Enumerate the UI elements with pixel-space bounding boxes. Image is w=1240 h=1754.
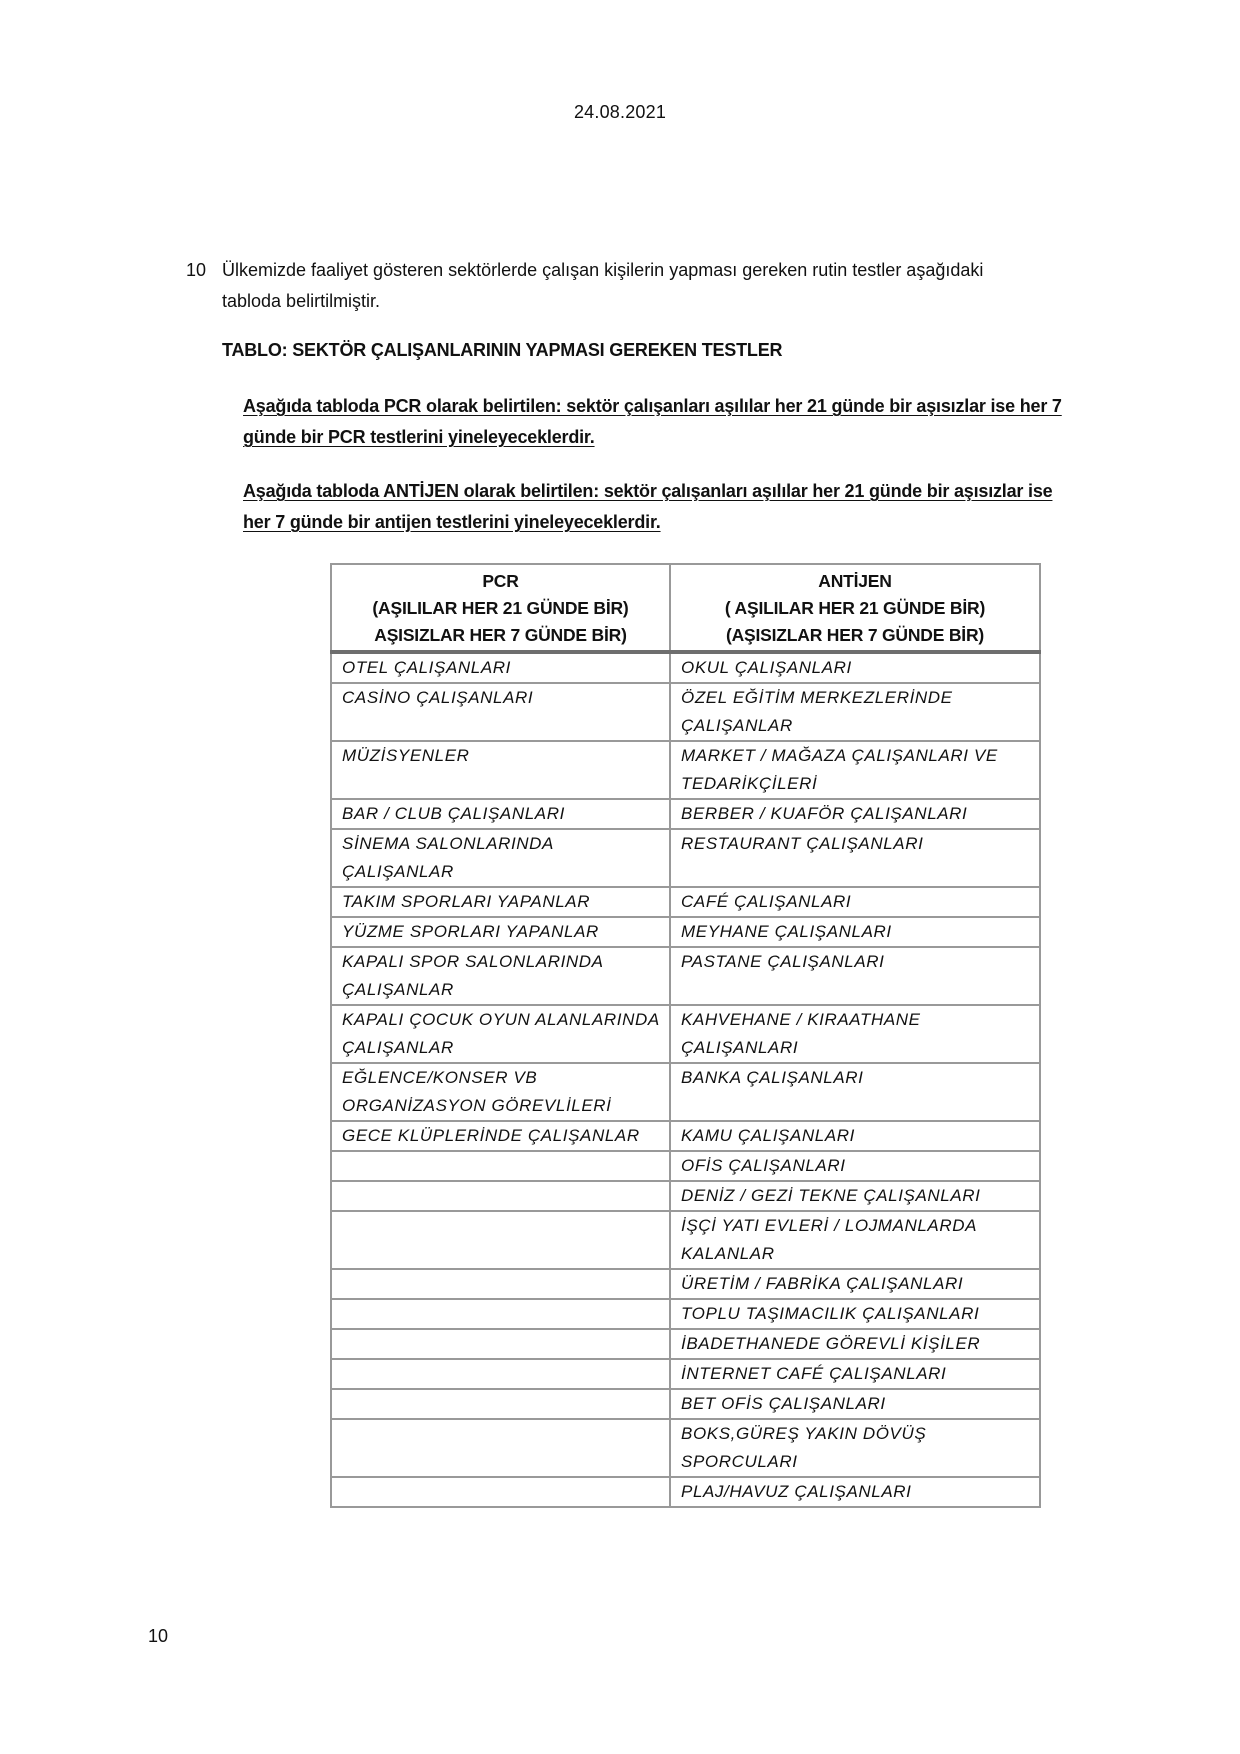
antigen-sector-cell: BET OFİS ÇALIŞANLARI (670, 1389, 1040, 1419)
table-row: EĞLENCE/KONSER VB ORGANİZASYON GÖREVLİLE… (331, 1063, 1040, 1121)
pcr-sector-cell (331, 1299, 670, 1329)
pcr-sector-cell: YÜZME SPORLARI YAPANLAR (331, 917, 670, 947)
antigen-sector-cell: OKUL ÇALIŞANLARI (670, 652, 1040, 683)
antigen-sector-cell: ÜRETİM / FABRİKA ÇALIŞANLARI (670, 1269, 1040, 1299)
antigen-sector-cell: CAFÉ ÇALIŞANLARI (670, 887, 1040, 917)
table-row: OTEL ÇALIŞANLARIOKUL ÇALIŞANLARI (331, 652, 1040, 683)
antigen-sector-cell: İNTERNET CAFÉ ÇALIŞANLARI (670, 1359, 1040, 1389)
document-date: 24.08.2021 (0, 102, 1240, 123)
antigen-sector-cell: PASTANE ÇALIŞANLARI (670, 947, 1040, 1005)
table-row: İŞÇİ YATI EVLERİ / LOJMANLARDA KALANLAR (331, 1211, 1040, 1269)
header-pcr-unvaccinated: AŞISIZLAR HER 7 GÜNDE BİR) (336, 622, 665, 649)
pcr-sector-cell (331, 1269, 670, 1299)
header-pcr: PCR (AŞILILAR HER 21 GÜNDE BİR) AŞISIZLA… (331, 564, 670, 652)
pcr-sector-cell (331, 1419, 670, 1477)
page-number: 10 (148, 1626, 168, 1647)
table-row: İNTERNET CAFÉ ÇALIŞANLARI (331, 1359, 1040, 1389)
pcr-sector-cell: SİNEMA SALONLARINDA ÇALIŞANLAR (331, 829, 670, 887)
table-row: GECE KLÜPLERİNDE ÇALIŞANLARKAMU ÇALIŞANL… (331, 1121, 1040, 1151)
pcr-note: Aşağıda tabloda PCR olarak belirtilen: s… (243, 391, 1083, 453)
table-row: SİNEMA SALONLARINDA ÇALIŞANLARRESTAURANT… (331, 829, 1040, 887)
table-row: KAPALI ÇOCUK OYUN ALANLARINDA ÇALIŞANLAR… (331, 1005, 1040, 1063)
pcr-sector-cell: BAR / CLUB ÇALIŞANLARI (331, 799, 670, 829)
table-row: İBADETHANEDE GÖREVLİ KİŞİLER (331, 1329, 1040, 1359)
antigen-sector-cell: İŞÇİ YATI EVLERİ / LOJMANLARDA KALANLAR (670, 1211, 1040, 1269)
antigen-sector-cell: PLAJ/HAVUZ ÇALIŞANLARI (670, 1477, 1040, 1507)
antigen-sector-cell: BANKA ÇALIŞANLARI (670, 1063, 1040, 1121)
table-row: MÜZİSYENLERMARKET / MAĞAZA ÇALIŞANLARI V… (331, 741, 1040, 799)
table-row: ÜRETİM / FABRİKA ÇALIŞANLARI (331, 1269, 1040, 1299)
pcr-sector-cell: MÜZİSYENLER (331, 741, 670, 799)
antigen-sector-cell: İBADETHANEDE GÖREVLİ KİŞİLER (670, 1329, 1040, 1359)
pcr-sector-cell: EĞLENCE/KONSER VB ORGANİZASYON GÖREVLİLE… (331, 1063, 670, 1121)
antigen-sector-cell: BOKS,GÜREŞ YAKIN DÖVÜŞ SPORCULARI (670, 1419, 1040, 1477)
table-row: KAPALI SPOR SALONLARINDA ÇALIŞANLARPASTA… (331, 947, 1040, 1005)
intro-text: Ülkemizde faaliyet gösteren sektörlerde … (222, 255, 1046, 317)
pcr-sector-cell: CASİNO ÇALIŞANLARI (331, 683, 670, 741)
table-row: OFİS ÇALIŞANLARI (331, 1151, 1040, 1181)
pcr-sector-cell (331, 1181, 670, 1211)
header-antigen: ANTİJEN ( AŞILILAR HER 21 GÜNDE BİR) (AŞ… (670, 564, 1040, 652)
antigen-sector-cell: ÖZEL EĞİTİM MERKEZLERİNDE ÇALIŞANLAR (670, 683, 1040, 741)
header-pcr-vaccinated: (AŞILILAR HER 21 GÜNDE BİR) (336, 595, 665, 622)
pcr-sector-cell (331, 1211, 670, 1269)
antigen-sector-cell: KAHVEHANE / KIRAATHANE ÇALIŞANLARI (670, 1005, 1040, 1063)
table-row: YÜZME SPORLARI YAPANLARMEYHANE ÇALIŞANLA… (331, 917, 1040, 947)
antigen-sector-cell: MEYHANE ÇALIŞANLARI (670, 917, 1040, 947)
antigen-sector-cell: KAMU ÇALIŞANLARI (670, 1121, 1040, 1151)
pcr-sector-cell (331, 1151, 670, 1181)
antigen-sector-cell: OFİS ÇALIŞANLARI (670, 1151, 1040, 1181)
table-header-row: PCR (AŞILILAR HER 21 GÜNDE BİR) AŞISIZLA… (331, 564, 1040, 652)
antigen-sector-cell: RESTAURANT ÇALIŞANLARI (670, 829, 1040, 887)
header-antigen-vaccinated: ( AŞILILAR HER 21 GÜNDE BİR) (675, 595, 1035, 622)
table-row: BAR / CLUB ÇALIŞANLARIBERBER / KUAFÖR ÇA… (331, 799, 1040, 829)
antigen-sector-cell: MARKET / MAĞAZA ÇALIŞANLARI VE TEDARİKÇİ… (670, 741, 1040, 799)
pcr-sector-cell: KAPALI SPOR SALONLARINDA ÇALIŞANLAR (331, 947, 670, 1005)
table-row: PLAJ/HAVUZ ÇALIŞANLARI (331, 1477, 1040, 1507)
table-title: TABLO: SEKTÖR ÇALIŞANLARININ YAPMASI GER… (222, 340, 782, 361)
table-row: BOKS,GÜREŞ YAKIN DÖVÜŞ SPORCULARI (331, 1419, 1040, 1477)
table-row: TAKIM SPORLARI YAPANLARCAFÉ ÇALIŞANLARI (331, 887, 1040, 917)
intro-paragraph: 10 Ülkemizde faaliyet gösteren sektörler… (186, 255, 1046, 317)
antigen-sector-cell: TOPLU TAŞIMACILIK ÇALIŞANLARI (670, 1299, 1040, 1329)
pcr-sector-cell (331, 1389, 670, 1419)
pcr-sector-cell: GECE KLÜPLERİNDE ÇALIŞANLAR (331, 1121, 670, 1151)
pcr-sector-cell: TAKIM SPORLARI YAPANLAR (331, 887, 670, 917)
antigen-note: Aşağıda tabloda ANTİJEN olarak belirtile… (243, 476, 1083, 538)
pcr-sector-cell (331, 1477, 670, 1507)
table-row: DENİZ / GEZİ TEKNE ÇALIŞANLARI (331, 1181, 1040, 1211)
antigen-sector-cell: BERBER / KUAFÖR ÇALIŞANLARI (670, 799, 1040, 829)
pcr-sector-cell: KAPALI ÇOCUK OYUN ALANLARINDA ÇALIŞANLAR (331, 1005, 670, 1063)
header-antigen-unvaccinated: (AŞISIZLAR HER 7 GÜNDE BİR) (675, 622, 1035, 649)
header-antigen-title: ANTİJEN (675, 568, 1035, 595)
header-pcr-title: PCR (336, 568, 665, 595)
pcr-sector-cell (331, 1329, 670, 1359)
table-row: BET OFİS ÇALIŞANLARI (331, 1389, 1040, 1419)
pcr-sector-cell: OTEL ÇALIŞANLARI (331, 652, 670, 683)
table-body: OTEL ÇALIŞANLARIOKUL ÇALIŞANLARICASİNO Ç… (331, 652, 1040, 1507)
item-number: 10 (186, 255, 206, 286)
sector-tests-table: PCR (AŞILILAR HER 21 GÜNDE BİR) AŞISIZLA… (330, 563, 1041, 1508)
antigen-sector-cell: DENİZ / GEZİ TEKNE ÇALIŞANLARI (670, 1181, 1040, 1211)
table-row: TOPLU TAŞIMACILIK ÇALIŞANLARI (331, 1299, 1040, 1329)
table-row: CASİNO ÇALIŞANLARIÖZEL EĞİTİM MERKEZLERİ… (331, 683, 1040, 741)
pcr-sector-cell (331, 1359, 670, 1389)
